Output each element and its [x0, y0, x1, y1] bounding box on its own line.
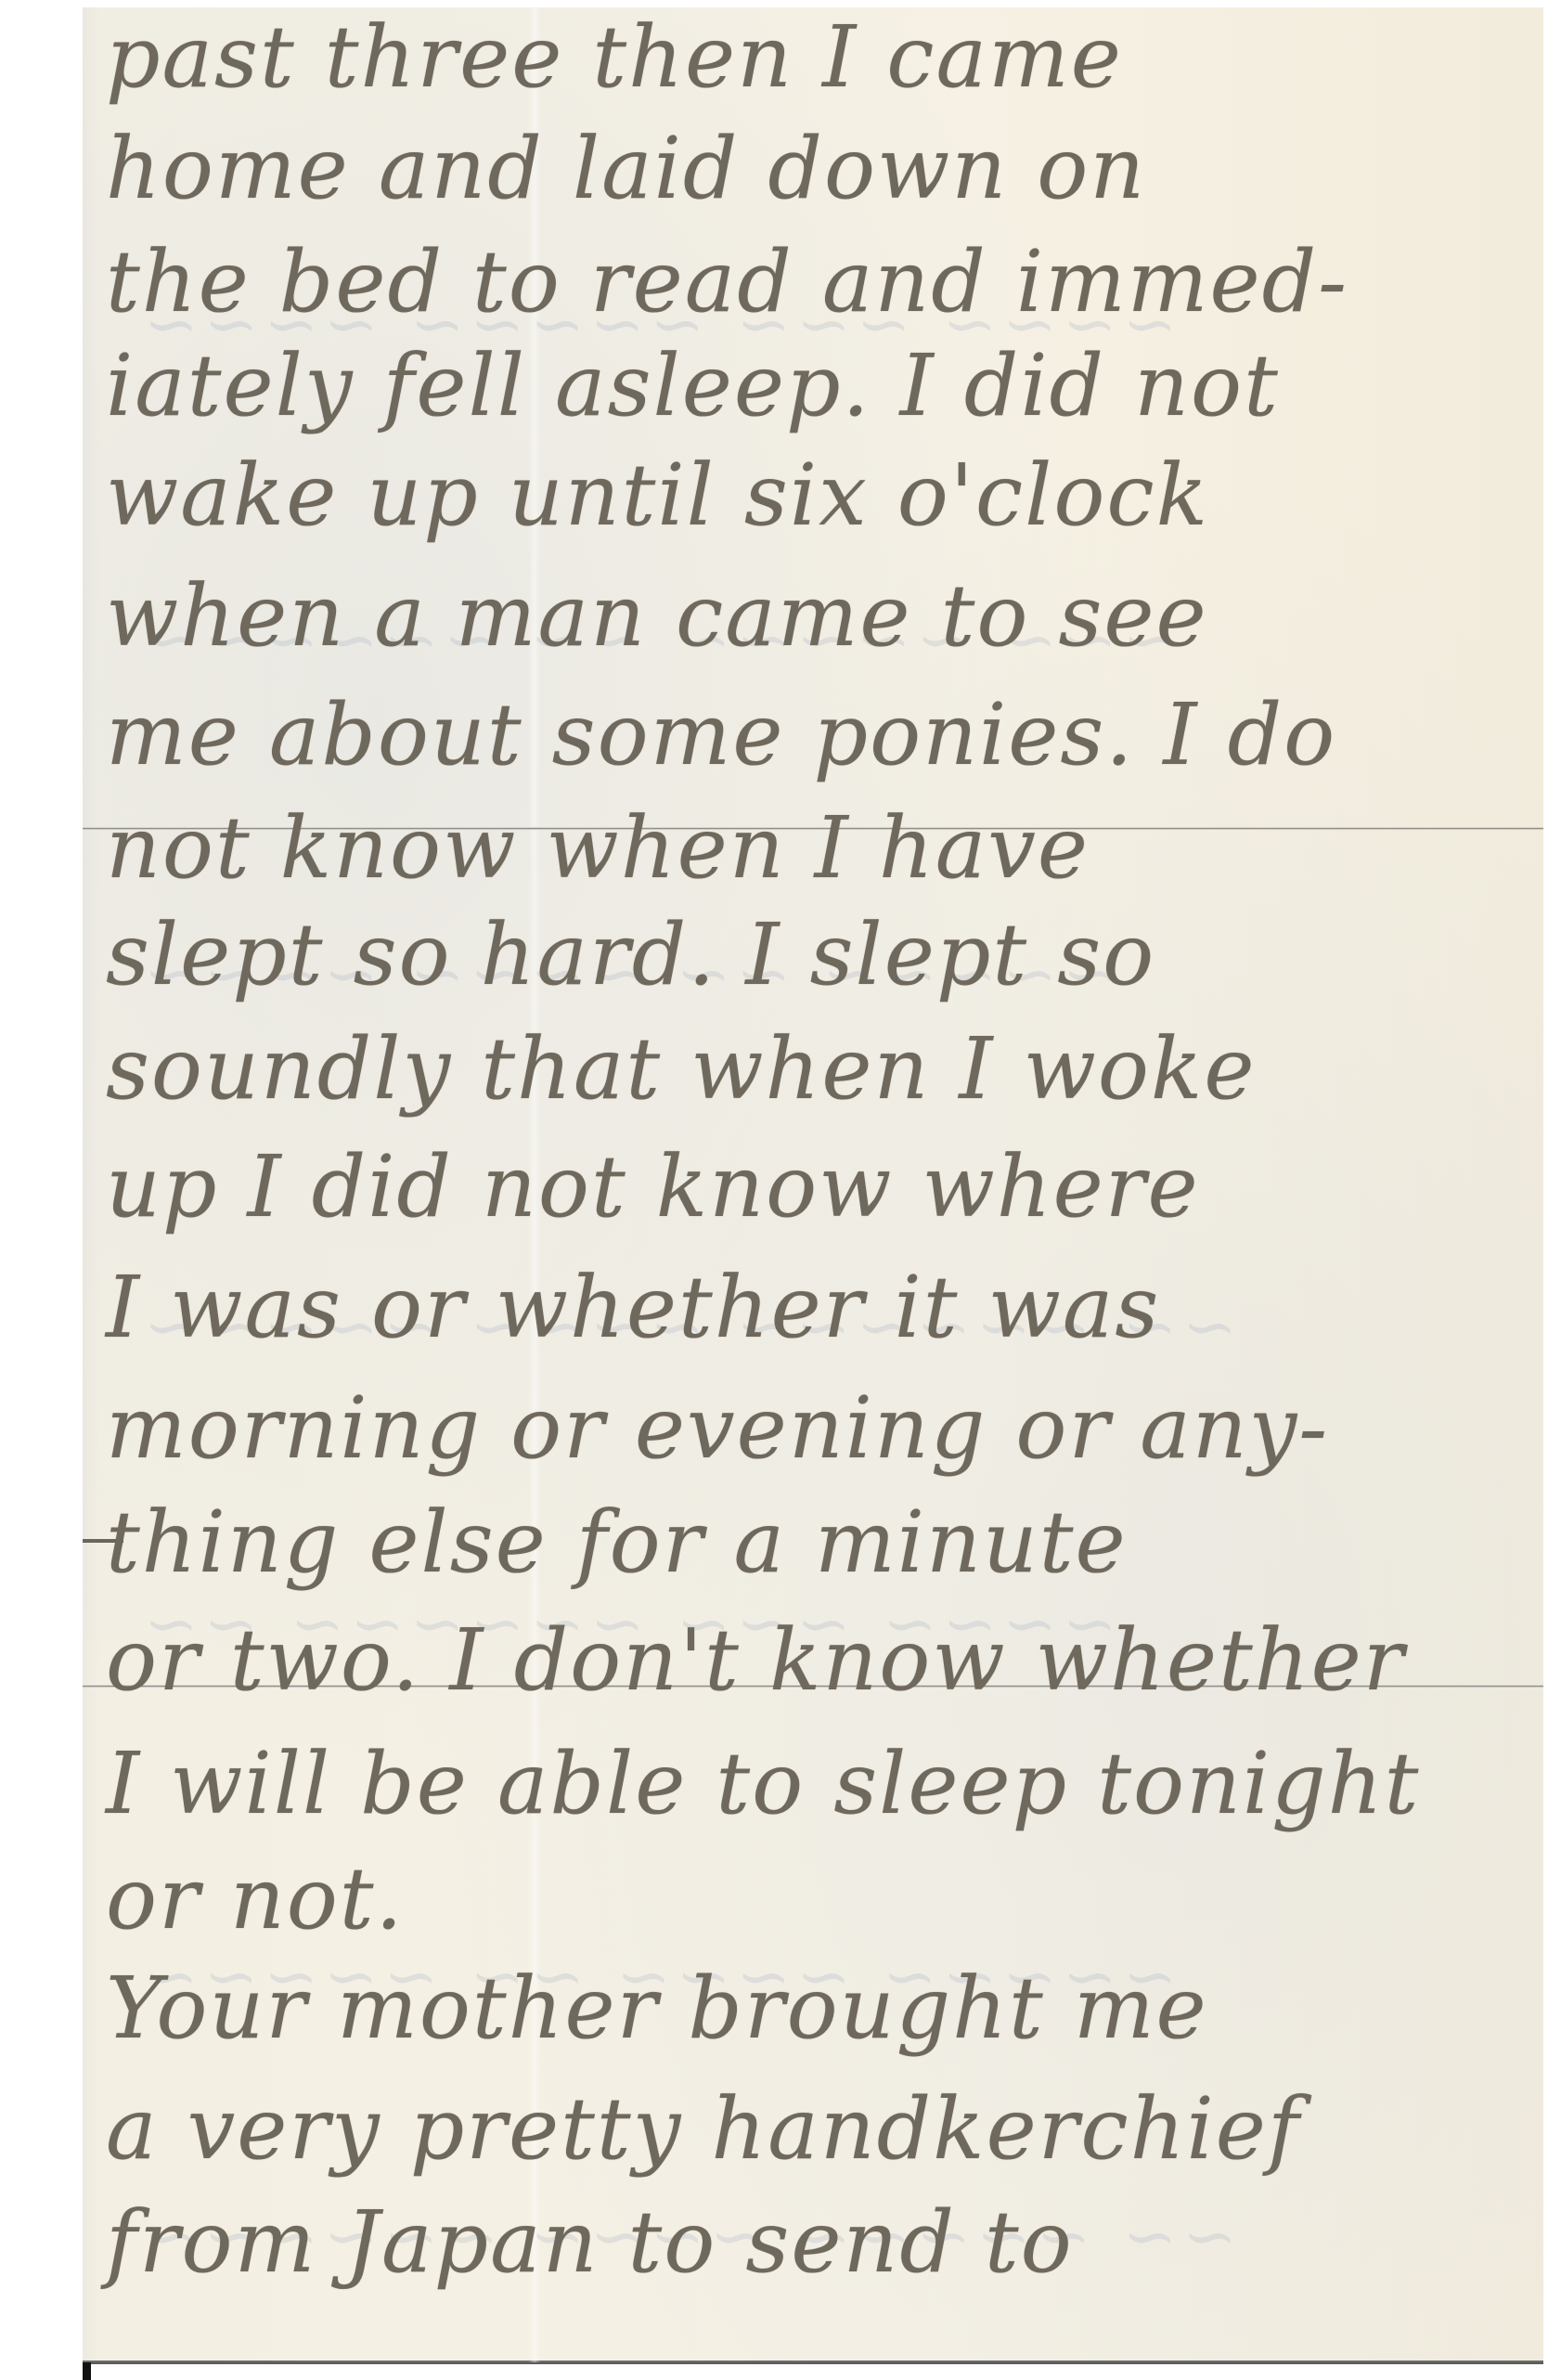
letter-page: ~~~~ ~~~ ~~~~~ ~~~~ ~~~ ~~~~~ ~~ ~~~~~~ …: [83, 7, 1543, 2362]
handwritten-line: or two. I don't know whether: [106, 1618, 1516, 1703]
scan-bottom-margin: [83, 2362, 1543, 2380]
handwritten-line: I will be able to sleep tonight: [106, 1741, 1516, 1827]
handwritten-line: or not.: [106, 1856, 1516, 1942]
handwritten-line: Your mother brought me: [106, 1966, 1516, 2051]
handwritten-line: soundly that when I woke: [106, 1027, 1516, 1112]
handwritten-line: the bed to read and immed-: [106, 239, 1516, 325]
handwritten-line: slept so hard. I slept so: [106, 912, 1516, 998]
handwritten-line: up I did not know where: [106, 1145, 1516, 1230]
handwritten-line: from Japan to send to: [106, 2200, 1516, 2285]
handwritten-line: thing else for a minute: [106, 1500, 1516, 1585]
handwritten-line: not know when I have: [106, 806, 1516, 891]
handwritten-line: a very pretty handkerchief: [106, 2087, 1516, 2172]
handwritten-line: home and laid down on: [106, 126, 1516, 212]
handwritten-line: iately fell asleep. I did not: [106, 343, 1516, 429]
handwritten-line: me about some ponies. I do: [106, 692, 1516, 778]
handwritten-line: morning or evening or any-: [106, 1386, 1516, 1471]
handwritten-line: when a man came to see: [106, 574, 1516, 659]
handwritten-line: past three then I came: [106, 15, 1516, 100]
scan-edge-mark: [83, 2362, 91, 2380]
handwritten-line: wake up until six o'clock: [106, 453, 1516, 538]
handwritten-line: I was or whether it was: [106, 1265, 1516, 1351]
